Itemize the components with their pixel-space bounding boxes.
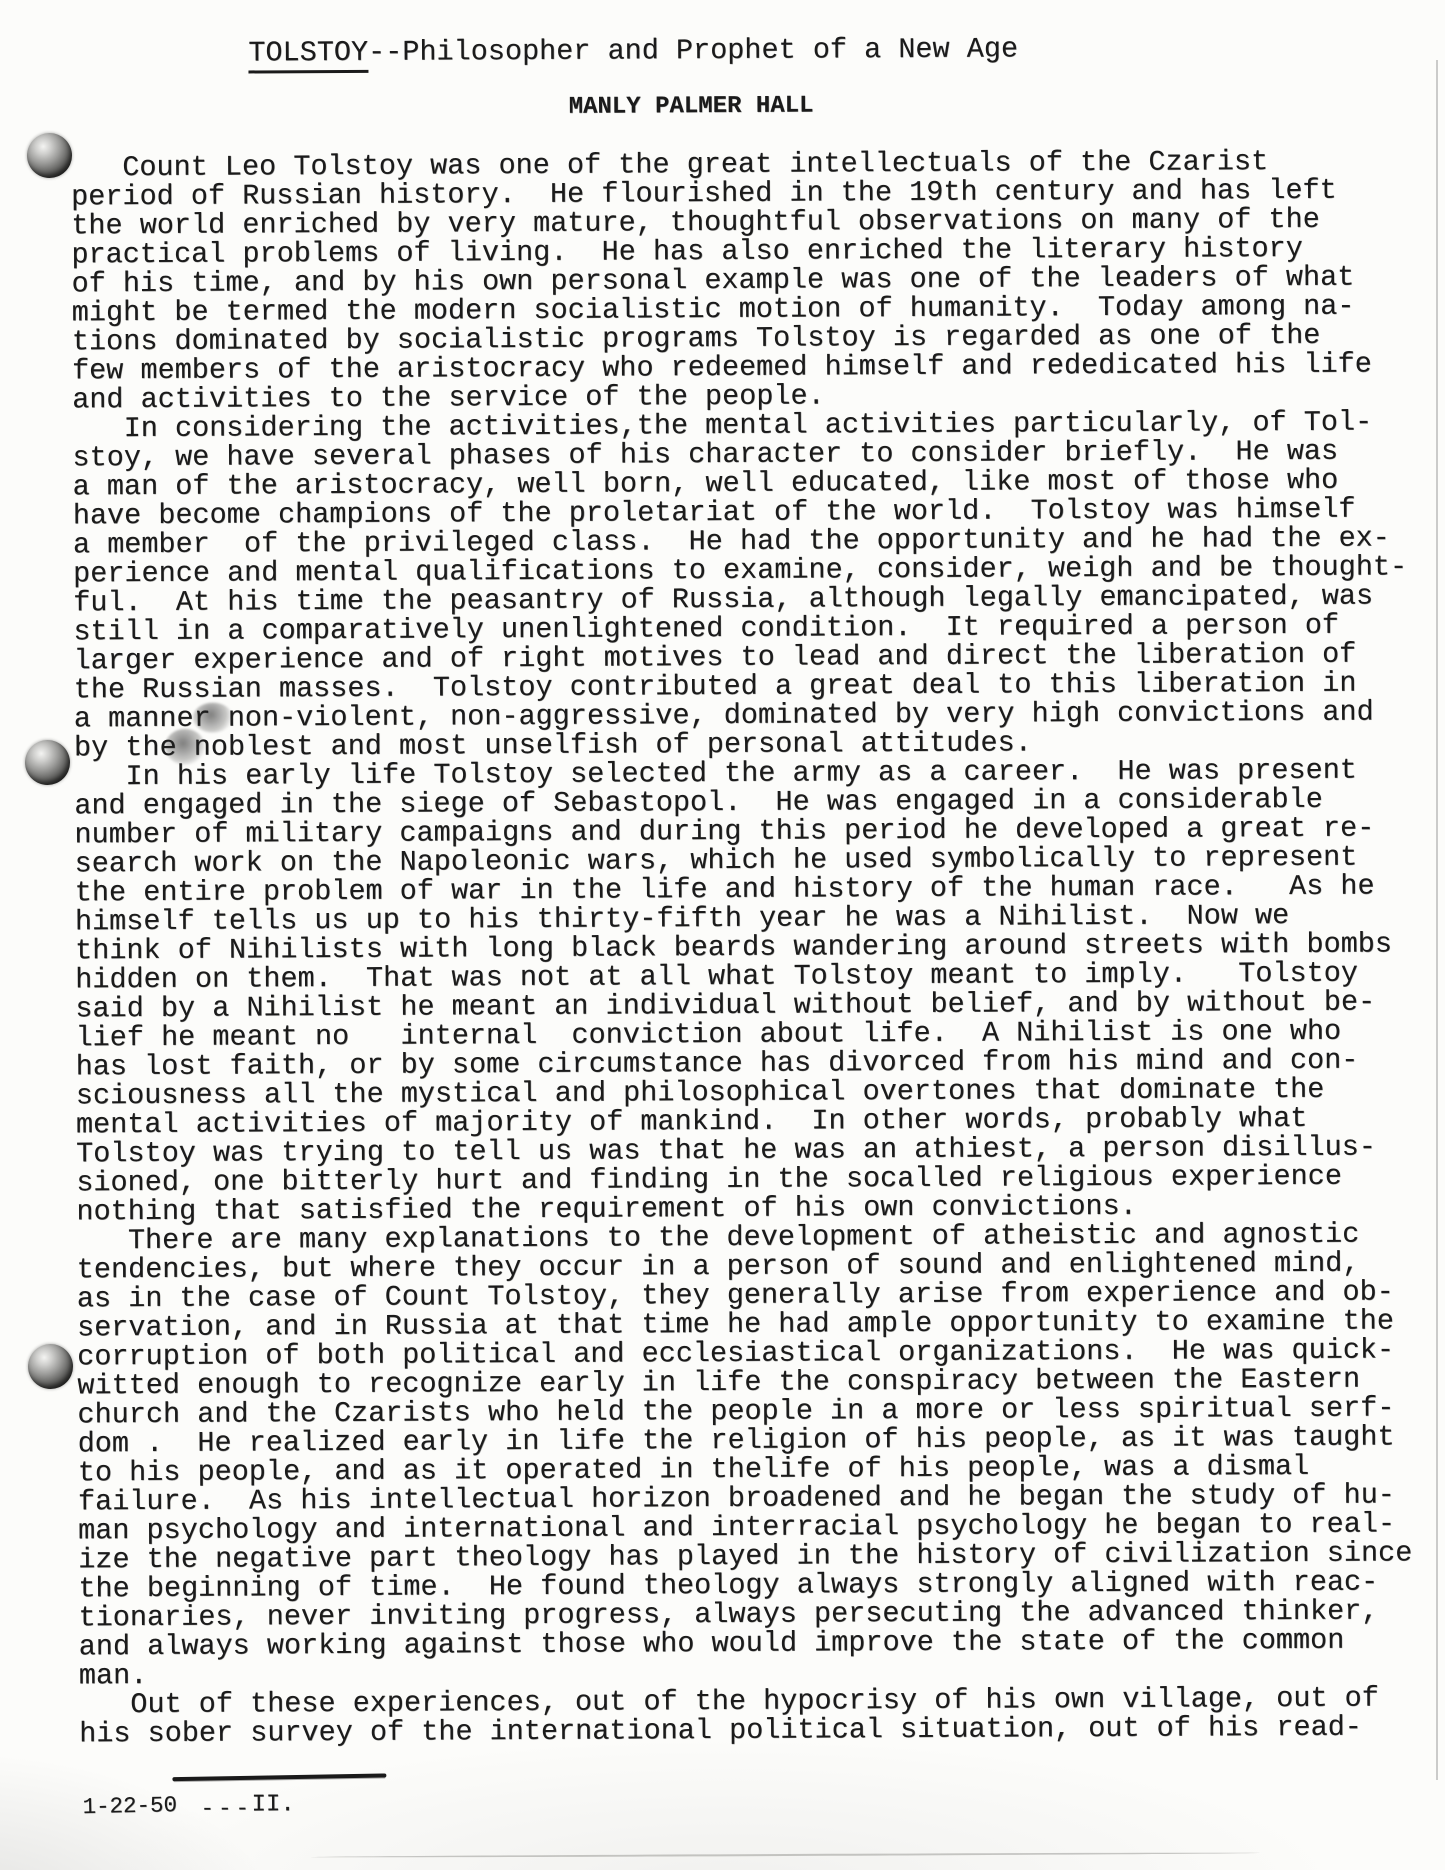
scan-edge-line bbox=[1436, 60, 1438, 1780]
ink-smudge bbox=[165, 729, 205, 765]
paragraph-4: There are many explanations to the devel… bbox=[77, 1219, 1444, 1690]
paragraph-2: In considering the activities,the mental… bbox=[72, 407, 1439, 762]
footer-separator: --- bbox=[200, 1795, 253, 1821]
typewritten-page: TOLSTOY--Philosopher and Prophet of a Ne… bbox=[0, 0, 1445, 1870]
hole-punch-spot bbox=[25, 740, 70, 785]
paragraph-3: In his early life Tolstoy selected the a… bbox=[74, 755, 1441, 1226]
paragraph-1: Count Leo Tolstoy was one of the great i… bbox=[71, 146, 1437, 414]
paragraph-5: Out of these experiences, out of the hyp… bbox=[79, 1683, 1444, 1748]
title-underlined-word: TOLSTOY bbox=[248, 36, 368, 74]
scanned-content: TOLSTOY--Philosopher and Prophet of a Ne… bbox=[0, 0, 1445, 1870]
footer-page-number: II. bbox=[251, 1791, 294, 1818]
author-byline: MANLY PALMER HALL bbox=[569, 94, 814, 121]
footer-date: 1-22-50 bbox=[82, 1792, 177, 1820]
hole-punch-spot bbox=[28, 1344, 73, 1389]
footer-rule bbox=[172, 1773, 386, 1780]
hole-punch-spot bbox=[27, 133, 72, 178]
ink-smudge bbox=[193, 703, 233, 733]
page-title: TOLSTOY--Philosopher and Prophet of a Ne… bbox=[248, 34, 1018, 68]
title-subtitle: --Philosopher and Prophet of a New Age bbox=[368, 32, 1018, 68]
document-body: Count Leo Tolstoy was one of the great i… bbox=[71, 146, 1444, 1748]
